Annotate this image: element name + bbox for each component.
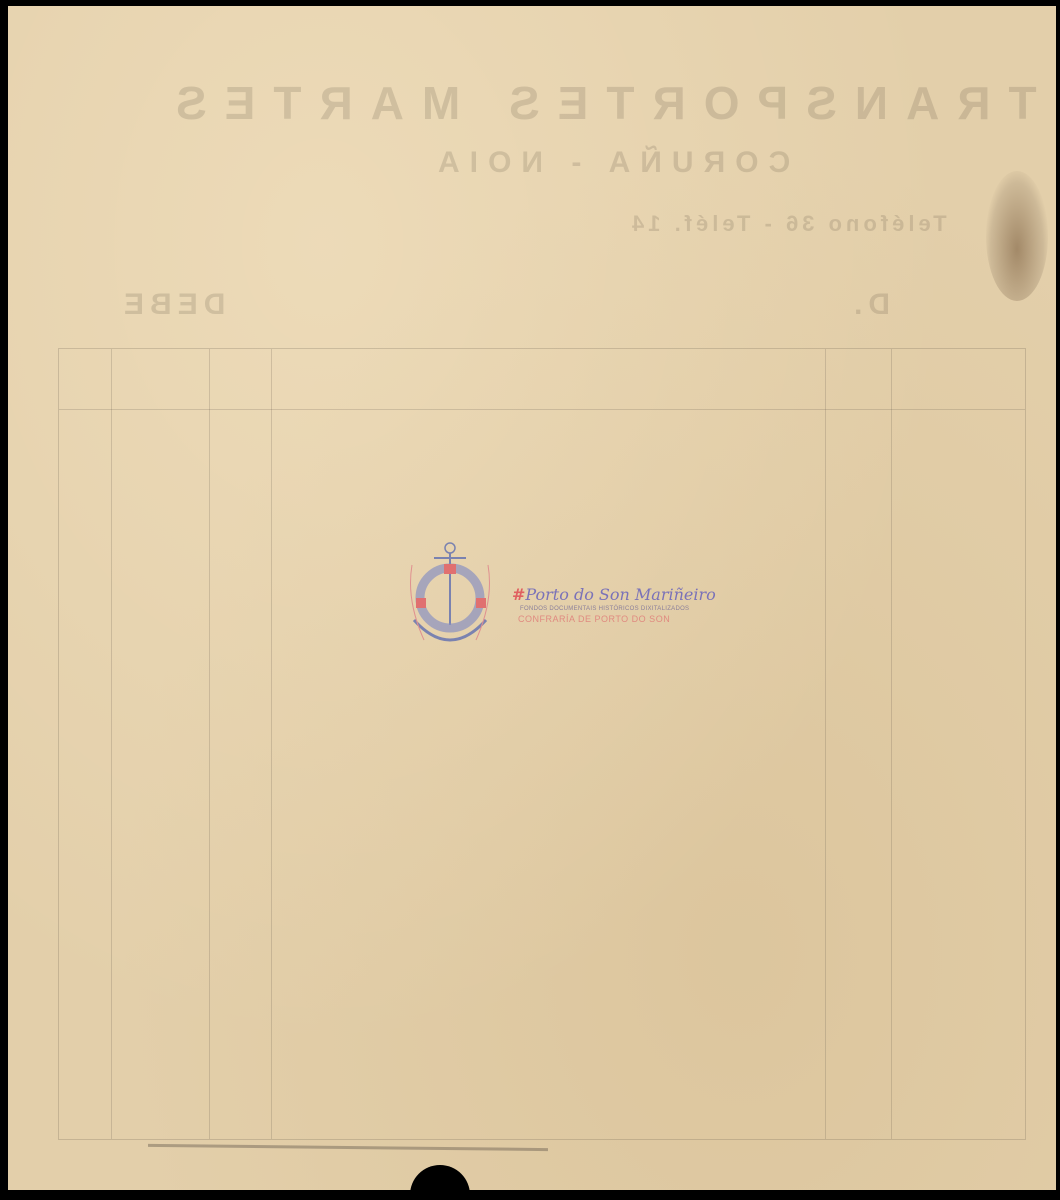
bleed-d-label: D. (848, 288, 890, 322)
watermark-subtitle: FONDOS DOCUMENTAIS HISTÓRICOS DIXITALIZA… (520, 606, 689, 612)
water-stain (986, 171, 1048, 301)
grid-line (825, 349, 826, 1139)
anchor-lifebuoy-icon (404, 540, 504, 660)
watermark: #Porto do Son Mariñeiro FONDOS DOCUMENTA… (404, 540, 664, 660)
grid-line (111, 349, 112, 1139)
grid-line (209, 349, 210, 1139)
bleed-header-phone: Teléfono 36 - Teléf. 14 (628, 211, 947, 237)
grid-line (59, 409, 1025, 410)
bleed-header-title: TRANSPORTES MARTES (158, 76, 1037, 130)
bleed-debe-label: DEBE (118, 288, 225, 322)
pencil-mark (148, 1144, 548, 1151)
grid-line (891, 349, 892, 1139)
grid-line (271, 349, 272, 1139)
watermark-title: #Porto do Son Mariñeiro (512, 585, 716, 604)
ledger-grid (58, 348, 1026, 1140)
bleed-header-city: CORUÑA - NOIA (428, 146, 790, 180)
watermark-organization: CONFRARÍA DE PORTO DO SON (518, 614, 670, 624)
